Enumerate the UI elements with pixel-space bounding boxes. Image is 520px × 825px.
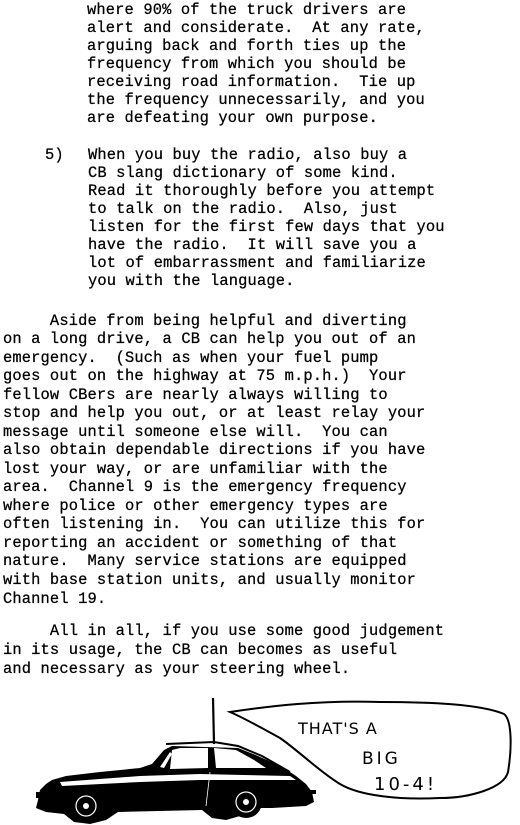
text-line: the frequency unnecessarily, and you	[87, 91, 425, 109]
text-line: emergency. (Such as when your fuel pump	[3, 349, 378, 367]
text-line: CB slang dictionary of some kind.	[88, 164, 398, 182]
text-line: When you buy the radio, also buy a	[88, 146, 407, 164]
text-line: frequency from which you should be	[87, 55, 406, 73]
text-line: and necessary as your steering wheel.	[3, 660, 350, 678]
text-line: Channel 19.	[3, 590, 106, 608]
text-line: lost your way, or are unfamiliar with th…	[3, 460, 388, 478]
text-line: area. Channel 9 is the emergency frequen…	[3, 478, 407, 496]
text-line: stop and help you out, or at least relay…	[3, 404, 425, 422]
text-line: where 90% of the truck drivers are	[87, 1, 406, 19]
text-line: have the radio. It will save you a	[88, 236, 417, 254]
text-line: also obtain dependable directions if you…	[3, 441, 425, 459]
text-line: reporting an accident or something of th…	[3, 534, 397, 552]
bubble-line-3: 10-4!	[374, 774, 437, 795]
text-line: lot of embarrassment and familiarize	[88, 254, 426, 272]
text-line: Aside from being helpful and diverting	[3, 312, 407, 330]
text-line: you with the language.	[88, 272, 295, 290]
text-line: Read it thoroughly before you attempt	[88, 182, 435, 200]
text-line: receiving road information. Tie up	[87, 73, 416, 91]
text-line: to talk on the radio. Also, just	[88, 200, 398, 218]
car-illustration: THAT'S A BIG 10-4!	[0, 688, 520, 825]
text-line: where police or other emergency types ar…	[3, 497, 388, 515]
bubble-line-1: THAT'S A	[297, 719, 378, 738]
text-line: All in all, if you use some good judgeme…	[3, 622, 444, 640]
text-line: nature. Many service stations are equipp…	[3, 552, 407, 570]
bubble-line-2: BIG	[362, 749, 401, 769]
text-line: in its usage, the CB can becomes as usef…	[3, 641, 397, 659]
text-line: listen for the first few days that you	[88, 218, 445, 236]
text-line: often listening in. You can utilize this…	[3, 515, 425, 533]
text-line: alert and considerate. At any rate,	[87, 19, 425, 37]
text-line: fellow CBers are nearly always willing t…	[3, 386, 388, 404]
text-line: message until someone else will. You can	[3, 423, 388, 441]
text-line: are defeating your own purpose.	[87, 109, 378, 127]
text-line: with base station units, and usually mon…	[3, 571, 416, 589]
text-line: on a long drive, a CB can help you out o…	[3, 330, 416, 348]
text-line: goes out on the highway at 75 m.p.h.) Yo…	[3, 367, 407, 385]
list-marker: 5)	[45, 146, 64, 164]
text-line: arguing back and forth ties up the	[87, 37, 406, 55]
